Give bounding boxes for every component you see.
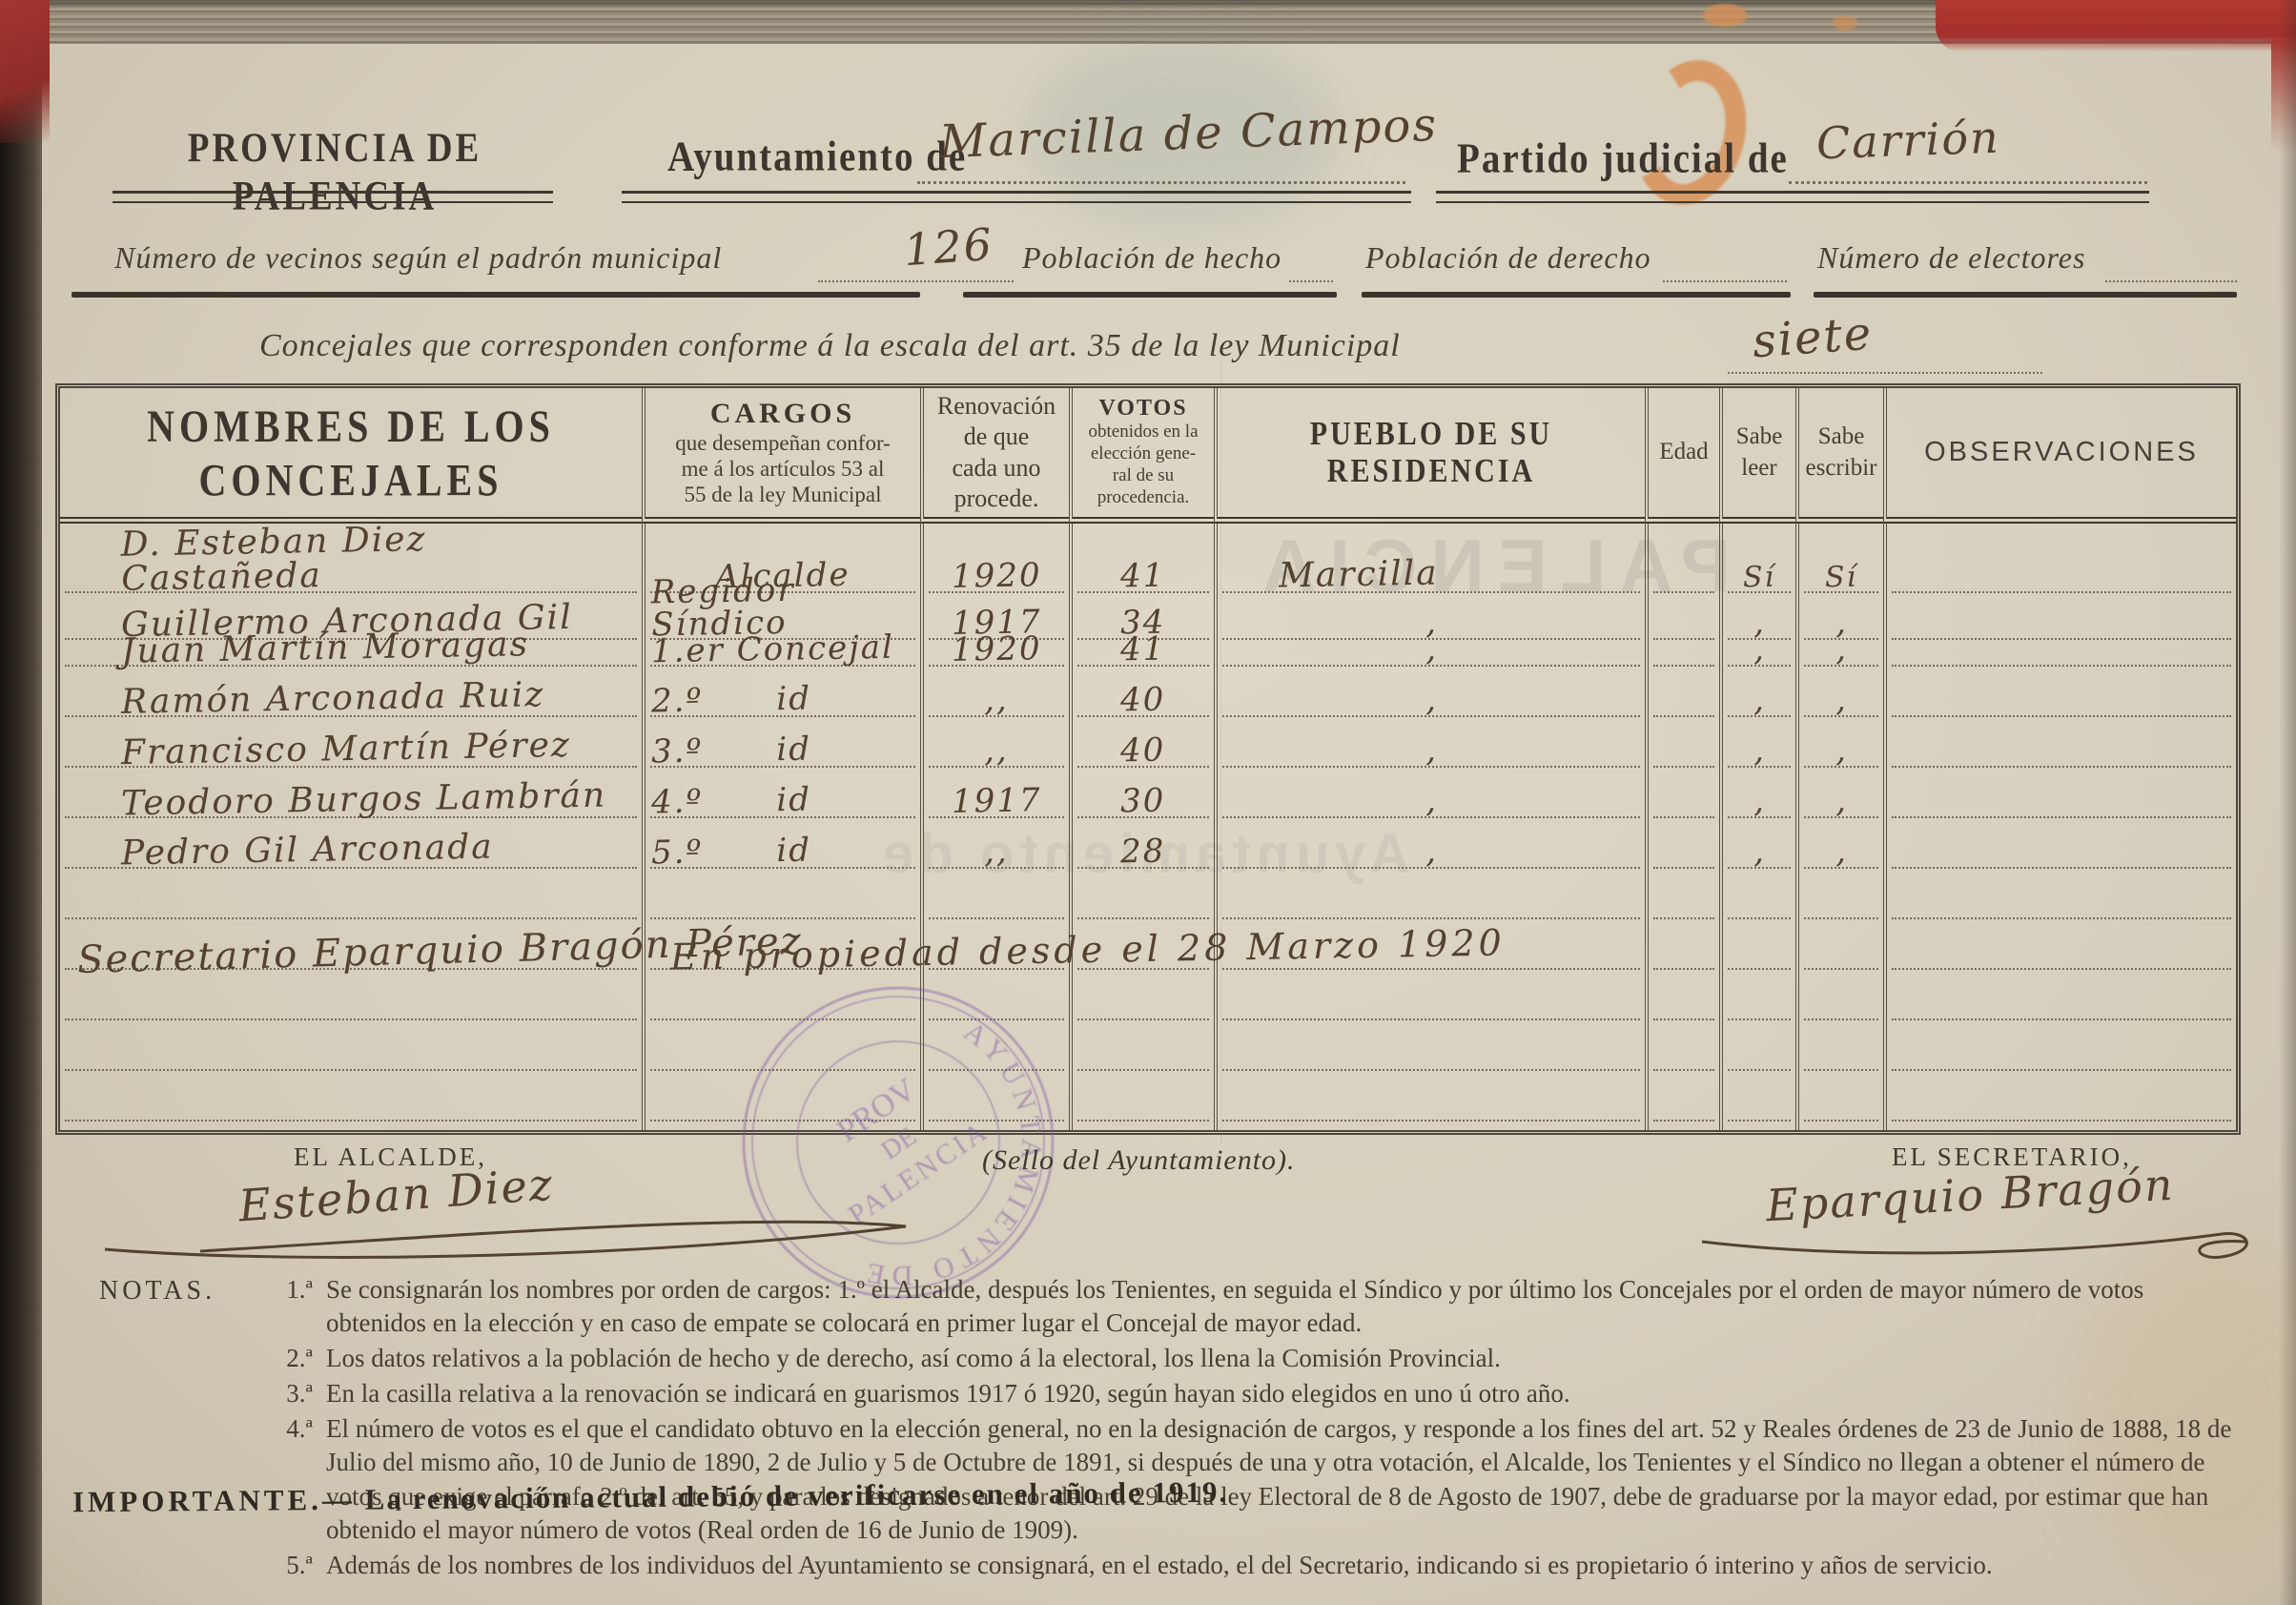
fill-in-line (917, 181, 1405, 184)
table-row-secretario: Secretario Eparquio Bragón Pérez En prop… (60, 928, 2236, 978)
poblacion-derecho-label: Población de derecho (1365, 240, 1651, 276)
orange-stain-dot (1833, 15, 1857, 31)
votos-sub-line: obtenidos en la (1088, 422, 1198, 443)
note-item: 3.ª En la casilla relativa a la renovaci… (257, 1377, 2245, 1410)
sabe-leer-line: leer (1741, 453, 1776, 484)
note-number: 4.ª (257, 1412, 326, 1546)
sabe-leer-ditto: , (1753, 734, 1765, 767)
importante-label: IMPORTANTE.— (72, 1483, 356, 1519)
cargo: 5.º id (651, 834, 811, 870)
fill-in-line (2105, 280, 2237, 282)
sabe-escribir-line: Sabe (1818, 422, 1865, 453)
cargos-sub-line: 55 de la ley Municipal (685, 482, 882, 507)
table-row: Ramón Arconada Ruiz 2.º id ,, 40 , , , (60, 675, 2236, 726)
votos: 28 (1120, 835, 1166, 869)
divider-rule (113, 191, 553, 203)
note-item: 4.ª El número de votos es el que el cand… (257, 1412, 2245, 1546)
cargo: 3.º id (651, 733, 811, 769)
pueblo-ditto: , (1425, 734, 1437, 767)
concejal-name: D. Esteban Diez Castañeda (120, 519, 636, 596)
heavy-rule (963, 292, 1337, 298)
sabe-leer-line: Sabe (1736, 422, 1783, 453)
note-text: En la casilla relativa a la renovación s… (326, 1377, 2245, 1410)
escala-value-handwritten: siete (1751, 307, 1875, 369)
sabe-leer-ditto: , (1753, 785, 1765, 817)
note-text: Se consignarán los nombres por orden de … (326, 1273, 2245, 1340)
concejales-table: NOMBRES DE LOS CONCEJALES CARGOS que des… (55, 383, 2241, 1135)
sabe-leer-ditto: , (1753, 633, 1765, 666)
divider-rule (1436, 191, 2149, 203)
col-header-votos: VOTOS obtenidos en la elección gene- ral… (1069, 388, 1214, 524)
cargo: 1.er Concejal (651, 631, 894, 668)
votos: 41 (1120, 633, 1166, 667)
table-row-empty (60, 877, 2236, 928)
table-header-row: NOMBRES DE LOS CONCEJALES CARGOS que des… (60, 388, 2236, 524)
table-row-empty (60, 1080, 2236, 1130)
note-number: 2.ª (257, 1342, 326, 1375)
votos-title: VOTOS (1098, 396, 1187, 422)
table-row: Francisco Martín Pérez 3.º id ,, 40 , , … (60, 726, 2236, 776)
sabe-leer: Sí (1743, 564, 1776, 593)
votos: 40 (1120, 734, 1166, 768)
poblacion-hecho-label: Población de hecho (1022, 240, 1281, 276)
renovacion-line: Renovación (937, 391, 1056, 422)
observaciones-header-text: OBSERVACIONES (1924, 437, 2199, 468)
book-edge-red-top (1936, 0, 2296, 51)
table-row: Teodoro Burgos Lambrán 4.º id 1917 30 , … (60, 776, 2236, 827)
renovacion-line: de que (964, 422, 1030, 453)
sabe-escribir-line: escribir (1806, 453, 1877, 484)
col-header-pueblo: PUEBLO DE SU RESIDENCIA (1214, 388, 1645, 524)
escala-label: Concejales que corresponden conforme á l… (259, 328, 1401, 364)
cargos-sub-line: me á los artículos 53 al (682, 456, 885, 482)
col-header-sabe-escribir: Sabe escribir (1795, 388, 1883, 524)
votos: 30 (1120, 785, 1166, 818)
heavy-rule (1362, 292, 1791, 298)
notes-block: 1.ª Se consignarán los nombres por orden… (257, 1273, 2245, 1584)
concejal-name: Juan Martín Moragas (121, 628, 530, 669)
table-row: D. Esteban Diez Castañeda Alcalde 1920 4… (60, 524, 2236, 574)
votos: 41 (1120, 560, 1166, 593)
note-number: 5.ª (257, 1549, 326, 1582)
electores-label: Número de electores (1817, 240, 2085, 276)
book-binding-edge (0, 0, 42, 1605)
fill-in-line (818, 280, 1014, 282)
sello-caption: (Sello del Ayuntamiento). (982, 1144, 1296, 1177)
importante-text: La renovación actual debió de verificars… (365, 1475, 1229, 1516)
concejal-name: Francisco Martín Pérez (121, 729, 571, 771)
renovacion-line: cada uno (952, 453, 1040, 484)
col-header-sabe-leer: Sabe leer (1719, 388, 1795, 524)
heavy-rule (72, 292, 920, 298)
renovacion-line: procede. (954, 484, 1039, 515)
col-header-observaciones: OBSERVACIONES (1883, 388, 2236, 524)
table-row: Juan Martín Moragas 1.er Concejal 1920 4… (60, 625, 2236, 675)
renovacion-ditto: ,, (984, 684, 1009, 716)
fill-in-line (1663, 280, 1787, 282)
votos: 40 (1120, 684, 1166, 717)
votos-sub-line: elección gene- (1091, 443, 1196, 465)
renovacion: 1920 (951, 559, 1041, 593)
pueblo-header-text: PUEBLO DE SU RESIDENCIA (1221, 415, 1641, 489)
sabe-escribir-ditto: , (1835, 835, 1847, 868)
votos-sub-line: procedencia. (1097, 487, 1190, 509)
sabe-escribir-ditto: , (1835, 785, 1847, 817)
note-text: Además de los nombres de los individuos … (326, 1549, 2245, 1582)
concejal-name: Ramón Arconada Ruiz (121, 678, 545, 720)
vecinos-value-handwritten: 126 (902, 218, 994, 276)
heavy-rule (1814, 292, 2237, 298)
divider-rule (622, 191, 1411, 203)
book-binding-red-corner (0, 0, 50, 143)
vecinos-label: Número de vecinos según el padrón munici… (114, 240, 722, 276)
fill-in-line (1289, 280, 1333, 282)
pueblo-ditto: , (1425, 633, 1437, 666)
note-item: 1.ª Se consignarán los nombres por orden… (257, 1273, 2245, 1340)
partido-value-handwritten: Carrión (1815, 112, 2000, 170)
cargo: 2.º id (651, 683, 811, 718)
sabe-escribir: Sí (1825, 564, 1858, 593)
nombres-header-text: NOMBRES DE LOS CONCEJALES (64, 399, 638, 506)
province-title: PROVINCIA DE PALENCIA (122, 124, 547, 220)
fill-in-line (1728, 372, 2042, 374)
renovacion: 1920 (951, 632, 1041, 667)
concejal-name: Teodoro Burgos Lambrán (121, 779, 607, 822)
signature-flourish (86, 1209, 944, 1266)
cargos-title: CARGOS (710, 398, 855, 430)
col-header-nombres: NOMBRES DE LOS CONCEJALES (60, 388, 642, 524)
pueblo-ditto: , (1425, 684, 1437, 716)
edad-header-text: Edad (1659, 437, 1708, 468)
pueblo-ditto: , (1425, 835, 1437, 868)
votos-sub-line: ral de su (1113, 465, 1174, 487)
concejal-name: Pedro Gil Arconada (121, 831, 494, 872)
sabe-leer-ditto: , (1753, 684, 1765, 716)
table-row-empty (60, 1029, 2236, 1080)
note-text: Los datos relativos a la población de he… (326, 1342, 2245, 1375)
renovacion: 1917 (951, 784, 1041, 818)
sabe-escribir-ditto: , (1835, 633, 1847, 666)
signature-flourish (1688, 1213, 2279, 1280)
ayuntamiento-label: Ayuntamiento de (667, 132, 967, 181)
col-header-edad: Edad (1645, 388, 1719, 524)
sabe-leer-ditto: , (1753, 835, 1765, 868)
sabe-escribir-ditto: , (1835, 734, 1847, 767)
pueblo-ditto: , (1425, 785, 1437, 817)
note-item: 5.ª Además de los nombres de los individ… (257, 1549, 2245, 1582)
notas-label: NOTAS. (99, 1276, 215, 1307)
col-header-cargos: CARGOS que desempeñan confor- me á los a… (642, 388, 920, 524)
note-number: 3.ª (257, 1377, 326, 1410)
col-header-renovacion: Renovación de que cada uno procede. (920, 388, 1069, 524)
cargos-sub-line: que desempeñan confor- (675, 430, 891, 456)
note-number: 1.ª (257, 1273, 326, 1340)
note-item: 2.ª Los datos relativos a la población d… (257, 1342, 2245, 1375)
table-row: Pedro Gil Arconada 5.º id ,, 28 , , , (60, 827, 2236, 877)
renovacion-ditto: ,, (984, 835, 1009, 868)
orange-stain-dot (1703, 4, 1747, 27)
scanned-municipal-form: PALENCIA Ayuntamiento de PROVINCIA DE PA… (0, 0, 2296, 1605)
pueblo: Marcilla (1279, 557, 1439, 594)
renovacion-ditto: ,, (984, 734, 1009, 767)
sabe-escribir-ditto: , (1835, 684, 1847, 716)
fill-in-line (1789, 181, 2147, 184)
table-row-empty (60, 978, 2236, 1029)
partido-judicial-label: Partido judicial de (1457, 134, 1789, 183)
cargo: 4.º id (651, 784, 811, 819)
